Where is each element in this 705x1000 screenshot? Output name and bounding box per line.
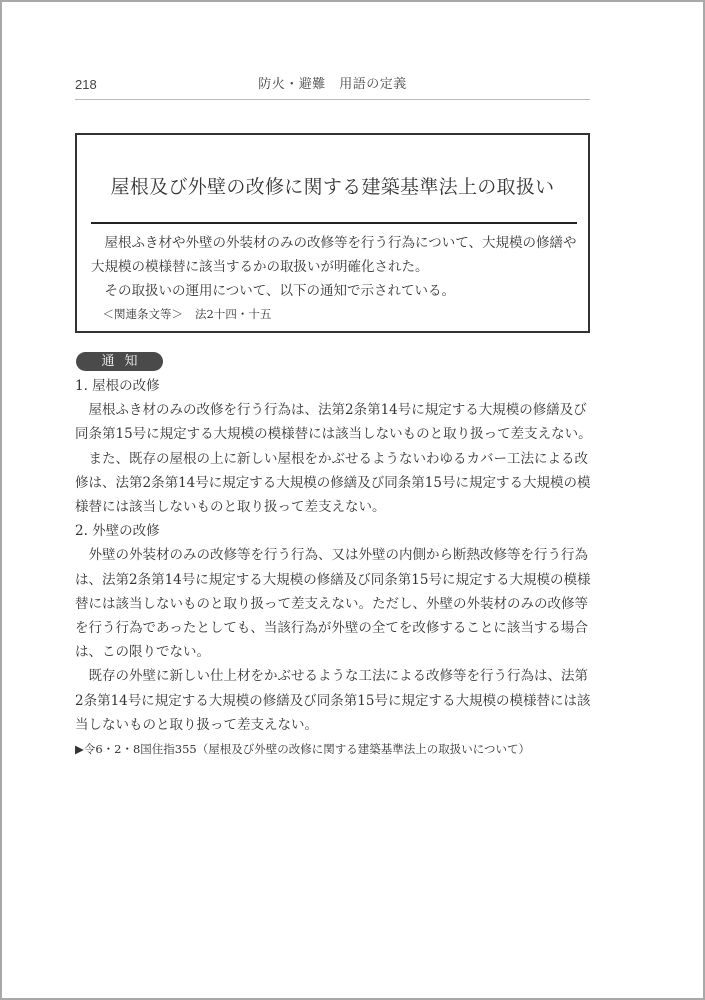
- related-articles-value: 法2十四・十五: [195, 307, 271, 321]
- running-header: 218 防火・避難 用語の定義: [75, 77, 590, 100]
- summary-box: 屋根及び外壁の改修に関する建築基準法上の取扱い 屋根ふき材や外壁の外装材のみの改…: [75, 133, 590, 333]
- notice-paragraph: また、既存の屋根の上に新しい屋根をかぶせるようないわゆるカバー工法による改修は、…: [75, 447, 593, 520]
- related-articles-label: ＜関連条文等＞: [103, 307, 184, 321]
- notice-body: 1. 屋根の改修 屋根ふき材のみの改修を行う行為は、法第2条第14号に規定する大…: [75, 374, 593, 760]
- summary-paragraph: 屋根ふき材や外壁の外装材のみの改修等を行う行為について、大規模の修繕や大規模の模…: [91, 231, 581, 279]
- section-heading-roof: 1. 屋根の改修: [75, 374, 593, 398]
- notice-source-reference: ▶令6・2・8国住指355（屋根及び外壁の改修に関する建築基準法上の取扱いについ…: [75, 738, 593, 760]
- section-heading-wall: 2. 外壁の改修: [75, 519, 593, 543]
- section-title: 防火・避難 用語の定義: [75, 77, 590, 93]
- summary-body: 屋根ふき材や外壁の外装材のみの改修等を行う行為について、大規模の修繕や大規模の模…: [91, 231, 581, 325]
- summary-paragraph: その取扱いの運用について、以下の通知で示されている。: [91, 279, 581, 303]
- notice-paragraph: 屋根ふき材のみの改修を行う行為は、法第2条第14号に規定する大規模の修繕及び同条…: [75, 398, 593, 446]
- notice-paragraph: 既存の外壁に新しい仕上材をかぶせるような工法による改修等を行う行為は、法第2条第…: [75, 664, 593, 737]
- summary-title: 屋根及び外壁の改修に関する建築基準法上の取扱い: [77, 175, 588, 199]
- notice-paragraph: 外壁の外装材のみの改修等を行う行為、又は外壁の内側から断熱改修等を行う行為は、法…: [75, 543, 593, 664]
- document-page: 218 防火・避難 用語の定義 屋根及び外壁の改修に関する建築基準法上の取扱い …: [0, 0, 705, 1000]
- summary-divider: [91, 222, 577, 224]
- notice-badge: 通知: [76, 352, 163, 371]
- related-articles: ＜関連条文等＞法2十四・十五: [91, 303, 581, 325]
